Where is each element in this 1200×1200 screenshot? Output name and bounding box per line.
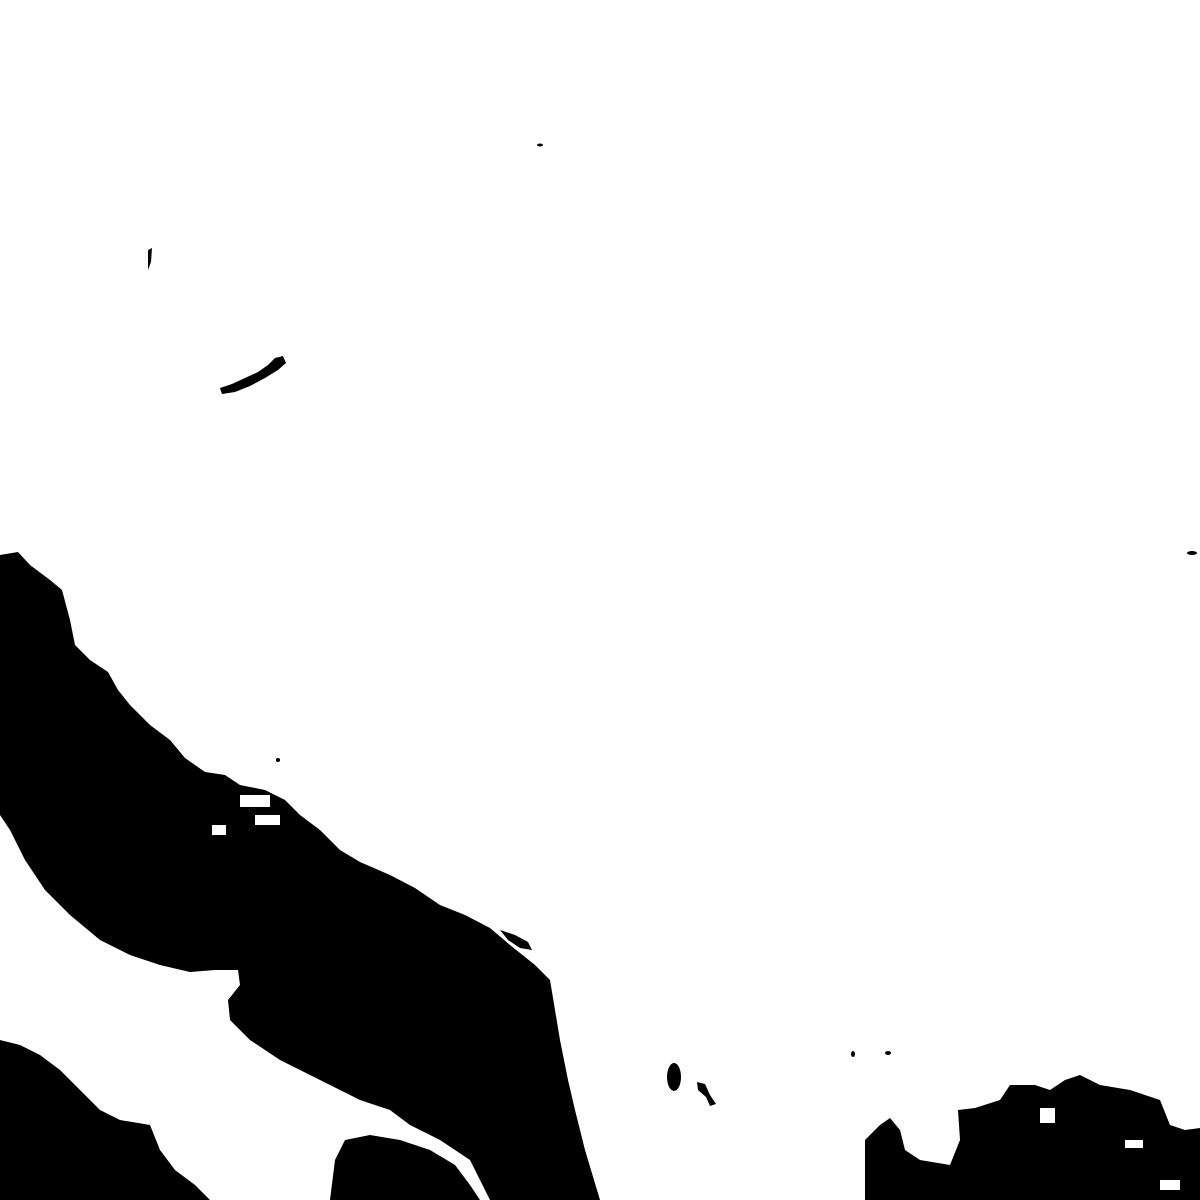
binary-mask-map — [0, 0, 1200, 1200]
island-tiny-1 — [537, 144, 543, 147]
island-tiny-4 — [885, 1051, 891, 1055]
island-tiny-5 — [276, 758, 280, 762]
island-tiny-3 — [851, 1051, 855, 1057]
island-tiny-2 — [1187, 551, 1197, 555]
island-bottom-1 — [667, 1063, 681, 1091]
background — [0, 0, 1200, 1200]
